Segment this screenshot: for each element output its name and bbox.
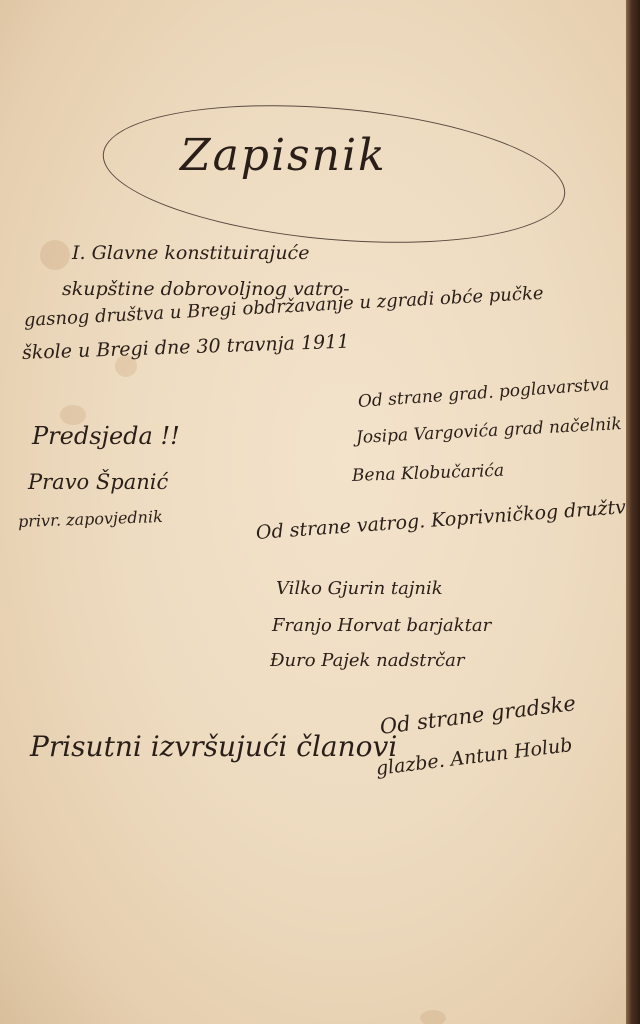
page-title: Zapisnik [180, 130, 387, 181]
heading-line-1: I. Glavne konstituirajuće [72, 242, 309, 264]
city-government-line-2: Josipa Vargovića grad načelnik [355, 414, 622, 448]
book-spine-edge [626, 0, 640, 1024]
fire-society-member: Franjo Horvat barjaktar [272, 615, 491, 636]
present-members-label: Prisutni izvršujući članovi [30, 730, 397, 763]
fire-society-member: Vilko Gjurin tajnik [276, 578, 443, 599]
fire-society-label: Od strane vatrog. Koprivničkog družtva [255, 495, 638, 544]
heading-line-4: škole u Bregi dne 30 travnja 1911 [22, 331, 350, 364]
president-name: Pravo Španić [28, 470, 168, 494]
city-music-line-2: glazbe. Antun Holub [375, 734, 574, 780]
city-government-label: Od strane grad. poglavarstva [357, 374, 610, 412]
city-music-line-1: Od strane gradske [379, 691, 578, 739]
fire-society-member: Đuro Pajek nadstrčar [270, 650, 465, 671]
city-government-line-3: Bena Klobučarića [352, 461, 505, 486]
president-label: Predsjeda !! [32, 422, 180, 450]
paper-stain [420, 1010, 446, 1024]
president-role: privr. zapovjednik [18, 507, 163, 531]
paper-stain [40, 240, 70, 270]
manuscript-page: Zapisnik I. Glavne konstituirajuće skupš… [0, 0, 628, 1024]
